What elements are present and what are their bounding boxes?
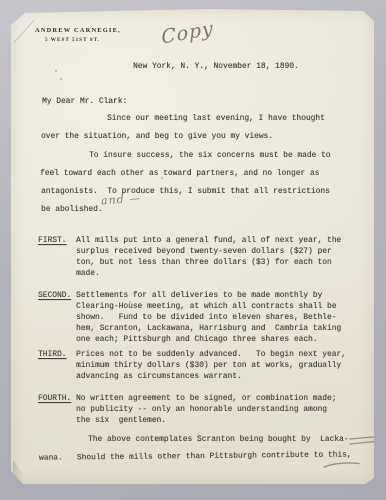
para2-line: feel toward each other as toward partner…: [40, 169, 319, 179]
closing-line-text: wana. Should the mills other than Pittsb…: [39, 451, 328, 463]
item-line: made.: [76, 269, 100, 279]
item-line: shown. Fund to be divided into eleven sh…: [76, 313, 336, 323]
item-line: Prices not to be suddenly advanced. To b…: [76, 350, 346, 360]
para1-line: Since our meeting last evening, I have t…: [107, 114, 325, 124]
item-line: ton, but not less than three dollars ($3…: [76, 258, 332, 268]
paper-fold: [13, 460, 30, 484]
pencil-underline-mark: [323, 460, 361, 469]
item-line: minimum thirty dollars ($30) per ton at …: [76, 361, 341, 371]
pencil-double-dash-mark: [349, 435, 381, 446]
paper-speck: [55, 70, 57, 72]
paper-crease: [14, 20, 35, 43]
handwritten-and-dash: and —: [101, 192, 142, 208]
item-line: hem, Scranton, Lackawana, Harrisburg and…: [76, 324, 341, 334]
item-line: All mills put into a general fund, all o…: [76, 236, 341, 246]
copy-stamp-handwritten: Copy: [161, 17, 215, 48]
scan-background: ANDREW CARNEGIE, 5 WEST 51ST ST. Copy Ne…: [0, 0, 386, 500]
letterhead-address: 5 WEST 51ST ST.: [45, 37, 100, 43]
item-line: no publicity -- only an honorable unders…: [76, 405, 327, 415]
letter-page: ANDREW CARNEGIE, 5 WEST 51ST ST. Copy Ne…: [11, 9, 374, 484]
para1-line: over the situation, and beg to give you …: [41, 132, 273, 142]
item-line: the six gentlemen.: [76, 416, 166, 426]
item-line: No written agreement to be signed, or co…: [76, 394, 336, 404]
item-label-fourth: FOURTH.: [38, 394, 71, 404]
item-line: Clearing-House meeting, at which all con…: [76, 302, 336, 312]
item-line: one each; Pittsburgh and Chicago three s…: [76, 335, 318, 345]
dateline: New York, N. Y., November 18, 1890.: [133, 62, 299, 72]
item-line: advancing as circumstances warrant.: [76, 372, 242, 382]
salutation: My Dear Mr. Clark:: [42, 97, 127, 107]
item-line: surplus received beyond twenty-seven dol…: [76, 247, 332, 257]
letterhead-name: ANDREW CARNEGIE,: [35, 27, 121, 34]
item-label-second: SECOND.: [38, 291, 71, 301]
item-label-first: FIRST.: [38, 236, 66, 246]
para2-line: antagonists. To produce this, I submit t…: [41, 187, 330, 197]
closing-line: wana. Should the mills other than Pittsb…: [39, 450, 352, 463]
closing-underlined-word: this,: [328, 450, 352, 459]
item-line: Settlements for all deliveries to be mad…: [76, 291, 322, 301]
paper-speck: [60, 78, 62, 80]
item-label-third: THIRD.: [38, 350, 66, 360]
para2-line: To insure success, the six concerns must…: [89, 151, 331, 161]
closing-line: The above contemplates Scranton being bo…: [88, 435, 348, 445]
para2-line: be abolished.: [41, 205, 103, 215]
